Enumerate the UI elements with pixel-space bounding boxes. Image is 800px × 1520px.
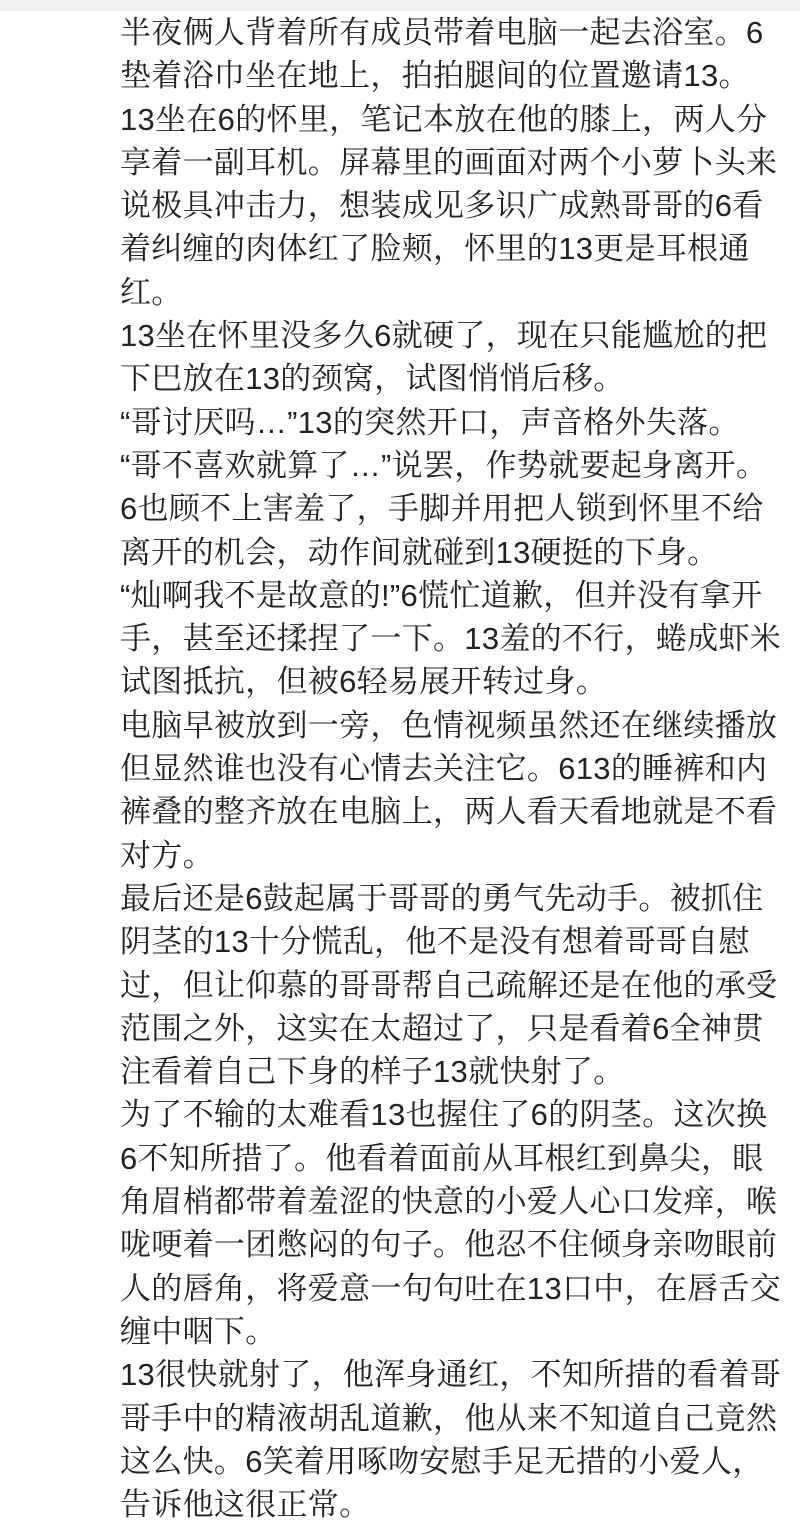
text-line: 13坐在6的怀里，笔记本放在他的膝上，两人分 — [120, 98, 780, 141]
text-line: 缠中咽下。 — [120, 1310, 780, 1353]
text-line: “灿啊我不是故意的!”6慌忙道歉，但并没有拿开 — [120, 574, 780, 617]
text-line: 6也顾不上害羞了，手脚并用把人锁到怀里不给 — [120, 487, 780, 530]
text-line: 半夜俩人背着所有成员带着电脑一起去浴室。6 — [120, 11, 780, 54]
text-line: 6不知所措了。他看着面前从耳根红到鼻尖，眼 — [120, 1137, 780, 1180]
text-line: 为了不输的太难看13也握住了6的阴茎。这次换 — [120, 1093, 780, 1136]
text-line: 咙哽着一团憋闷的句子。他忍不住倾身亲吻眼前 — [120, 1223, 780, 1266]
text-line: 着纠缠的肉体红了脸颊，怀里的13更是耳根通 — [120, 227, 780, 270]
text-line: 裤叠的整齐放在电脑上，两人看天看地就是不看 — [120, 790, 780, 833]
text-line: 最后还是6鼓起属于哥哥的勇气先动手。被抓住 — [120, 877, 780, 920]
clipped-status-text: 2:25 — [706, 0, 757, 4]
text-line: 13很快就射了，他浑身通红，不知所措的看着哥 — [120, 1353, 780, 1396]
text-line: 下巴放在13的颈窝，试图悄悄后移。 — [120, 357, 780, 400]
text-line: 这么快。6笑着用啄吻安慰手足无措的小爱人， — [120, 1440, 780, 1483]
text-line: 过，但让仰慕的哥哥帮自己疏解还是在他的承受 — [120, 964, 780, 1007]
text-line: 对方。 — [120, 834, 780, 877]
text-line: 哥手中的精液胡乱道歉，他从来不知道自己竟然 — [120, 1397, 780, 1440]
text-line: 电脑早被放到一旁，色情视频虽然还在继续播放 — [120, 704, 780, 747]
text-line: 13坐在怀里没多久6就硬了，现在只能尴尬的把 — [120, 314, 780, 357]
reading-page: 2:25 半夜俩人背着所有成员带着电脑一起去浴室。6垫着浴巾坐在地上，拍拍腿间的… — [0, 0, 800, 1520]
text-line: 范围之外，这实在太超过了，只是看着6全神贯 — [120, 1007, 780, 1050]
story-text: 半夜俩人背着所有成员带着电脑一起去浴室。6垫着浴巾坐在地上，拍拍腿间的位置邀请1… — [120, 11, 780, 1520]
text-line: 角眉梢都带着羞涩的快意的小爱人心口发痒，喉 — [120, 1180, 780, 1223]
text-line: 离开的机会，动作间就碰到13硬挺的下身。 — [120, 531, 780, 574]
text-line: 人的唇角，将爱意一句句吐在13口中，在唇舌交 — [120, 1267, 780, 1310]
text-line: 垫着浴巾坐在地上，拍拍腿间的位置邀请13。 — [120, 54, 780, 97]
text-line: “哥讨厌吗…”13的突然开口，声音格外失落。 — [120, 401, 780, 444]
status-bar-sliver: 2:25 — [0, 0, 800, 11]
text-line: 阴茎的13十分慌乱，他不是没有想着哥哥自慰 — [120, 920, 780, 963]
text-line: 说极具冲击力，想装成见多识广成熟哥哥的6看 — [120, 184, 780, 227]
text-line: 告诉他这很正常。 — [120, 1483, 780, 1520]
text-line: 注看着自己下身的样子13就快射了。 — [120, 1050, 780, 1093]
text-line: “哥不喜欢就算了…”说罢，作势就要起身离开。 — [120, 444, 780, 487]
text-line: 享着一副耳机。屏幕里的画面对两个小萝卜头来 — [120, 141, 780, 184]
text-line: 手，甚至还揉捏了一下。13羞的不行，蜷成虾米 — [120, 617, 780, 660]
text-line: 但显然谁也没有心情去关注它。613的睡裤和内 — [120, 747, 780, 790]
text-line: 试图抵抗，但被6轻易展开转过身。 — [120, 660, 780, 703]
text-line: 红。 — [120, 271, 780, 314]
